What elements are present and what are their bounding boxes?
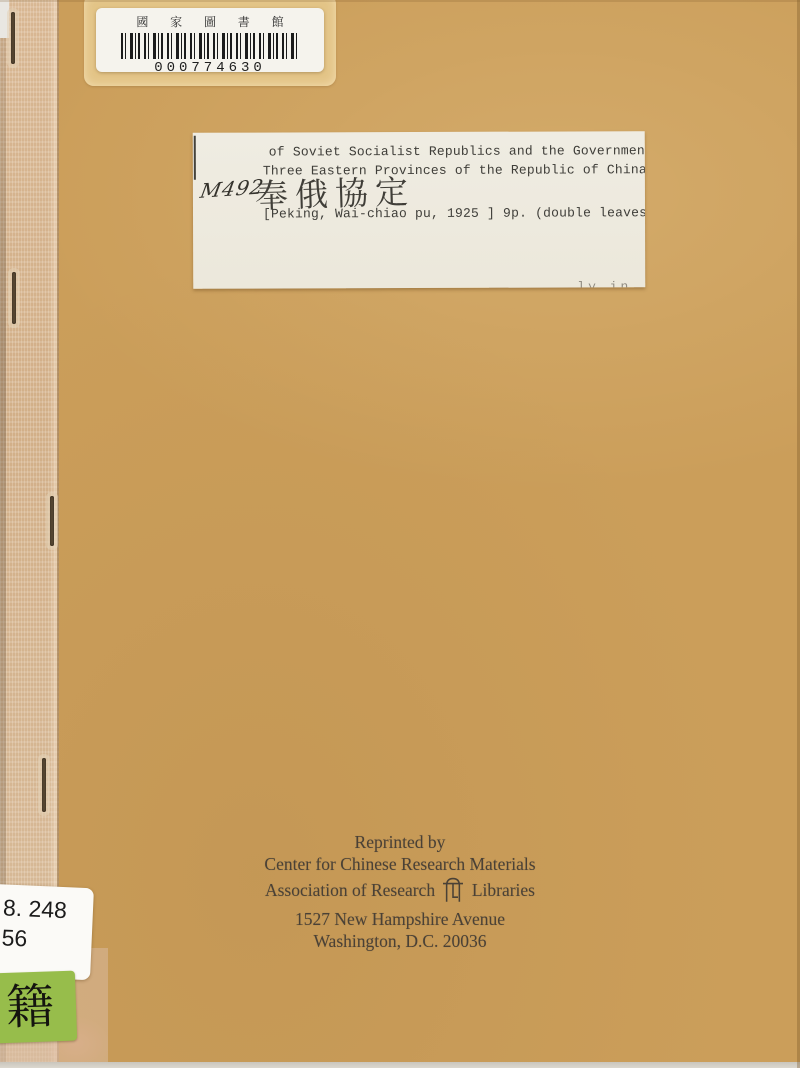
imprint-line-3-after: Libraries	[472, 880, 535, 900]
staple-icon	[12, 272, 16, 324]
imprint-block: Reprinted by Center for Chinese Research…	[0, 831, 800, 952]
call-number-line-1: 8. 248	[2, 892, 93, 926]
top-scan-edge	[0, 0, 800, 2]
imprint-line-5: Washington, D.C. 20036	[0, 930, 800, 952]
staple-icon	[50, 496, 54, 546]
cut-off-text-fragment: ly in	[577, 279, 631, 289]
catalog-line-1: of Soviet Socialist Republics and the Go…	[269, 143, 646, 159]
imprint-line-2: Center for Chinese Research Materials	[0, 853, 800, 875]
imprint-line-3: Association of Research Libraries	[0, 875, 800, 908]
staple-icon	[11, 12, 15, 64]
book-cover-scan: 國 家 圖 書 館 000774630 of Soviet Socialist …	[0, 0, 800, 1068]
barcode-number: 000774630	[96, 60, 324, 76]
catalog-slip: of Soviet Socialist Republics and the Go…	[193, 131, 646, 289]
imprint-line-1: Reprinted by	[0, 831, 800, 853]
catalog-line-3: [Peking, Wai-chiao pu, 1925 ] 9p. (doubl…	[263, 205, 645, 221]
staple-icon	[42, 758, 46, 812]
library-name: 國 家 圖 書 館	[96, 13, 324, 30]
top-left-scan-corner	[0, 0, 9, 38]
category-character: 籍	[0, 971, 77, 1044]
imprint-line-4: 1527 New Hampshire Avenue	[0, 908, 800, 930]
imprint-line-3-before: Association of Research	[265, 880, 435, 900]
ink-mark	[194, 136, 196, 180]
barcode-icon	[121, 33, 299, 59]
spine-call-number-label: 8. 248 56	[0, 884, 94, 980]
call-number-line-2: 56	[1, 922, 92, 956]
arl-monogram-icon	[443, 875, 463, 908]
category-label: 籍	[0, 971, 77, 1044]
bottom-scan-edge	[0, 1062, 800, 1068]
library-barcode-label: 國 家 圖 書 館 000774630	[96, 8, 324, 72]
